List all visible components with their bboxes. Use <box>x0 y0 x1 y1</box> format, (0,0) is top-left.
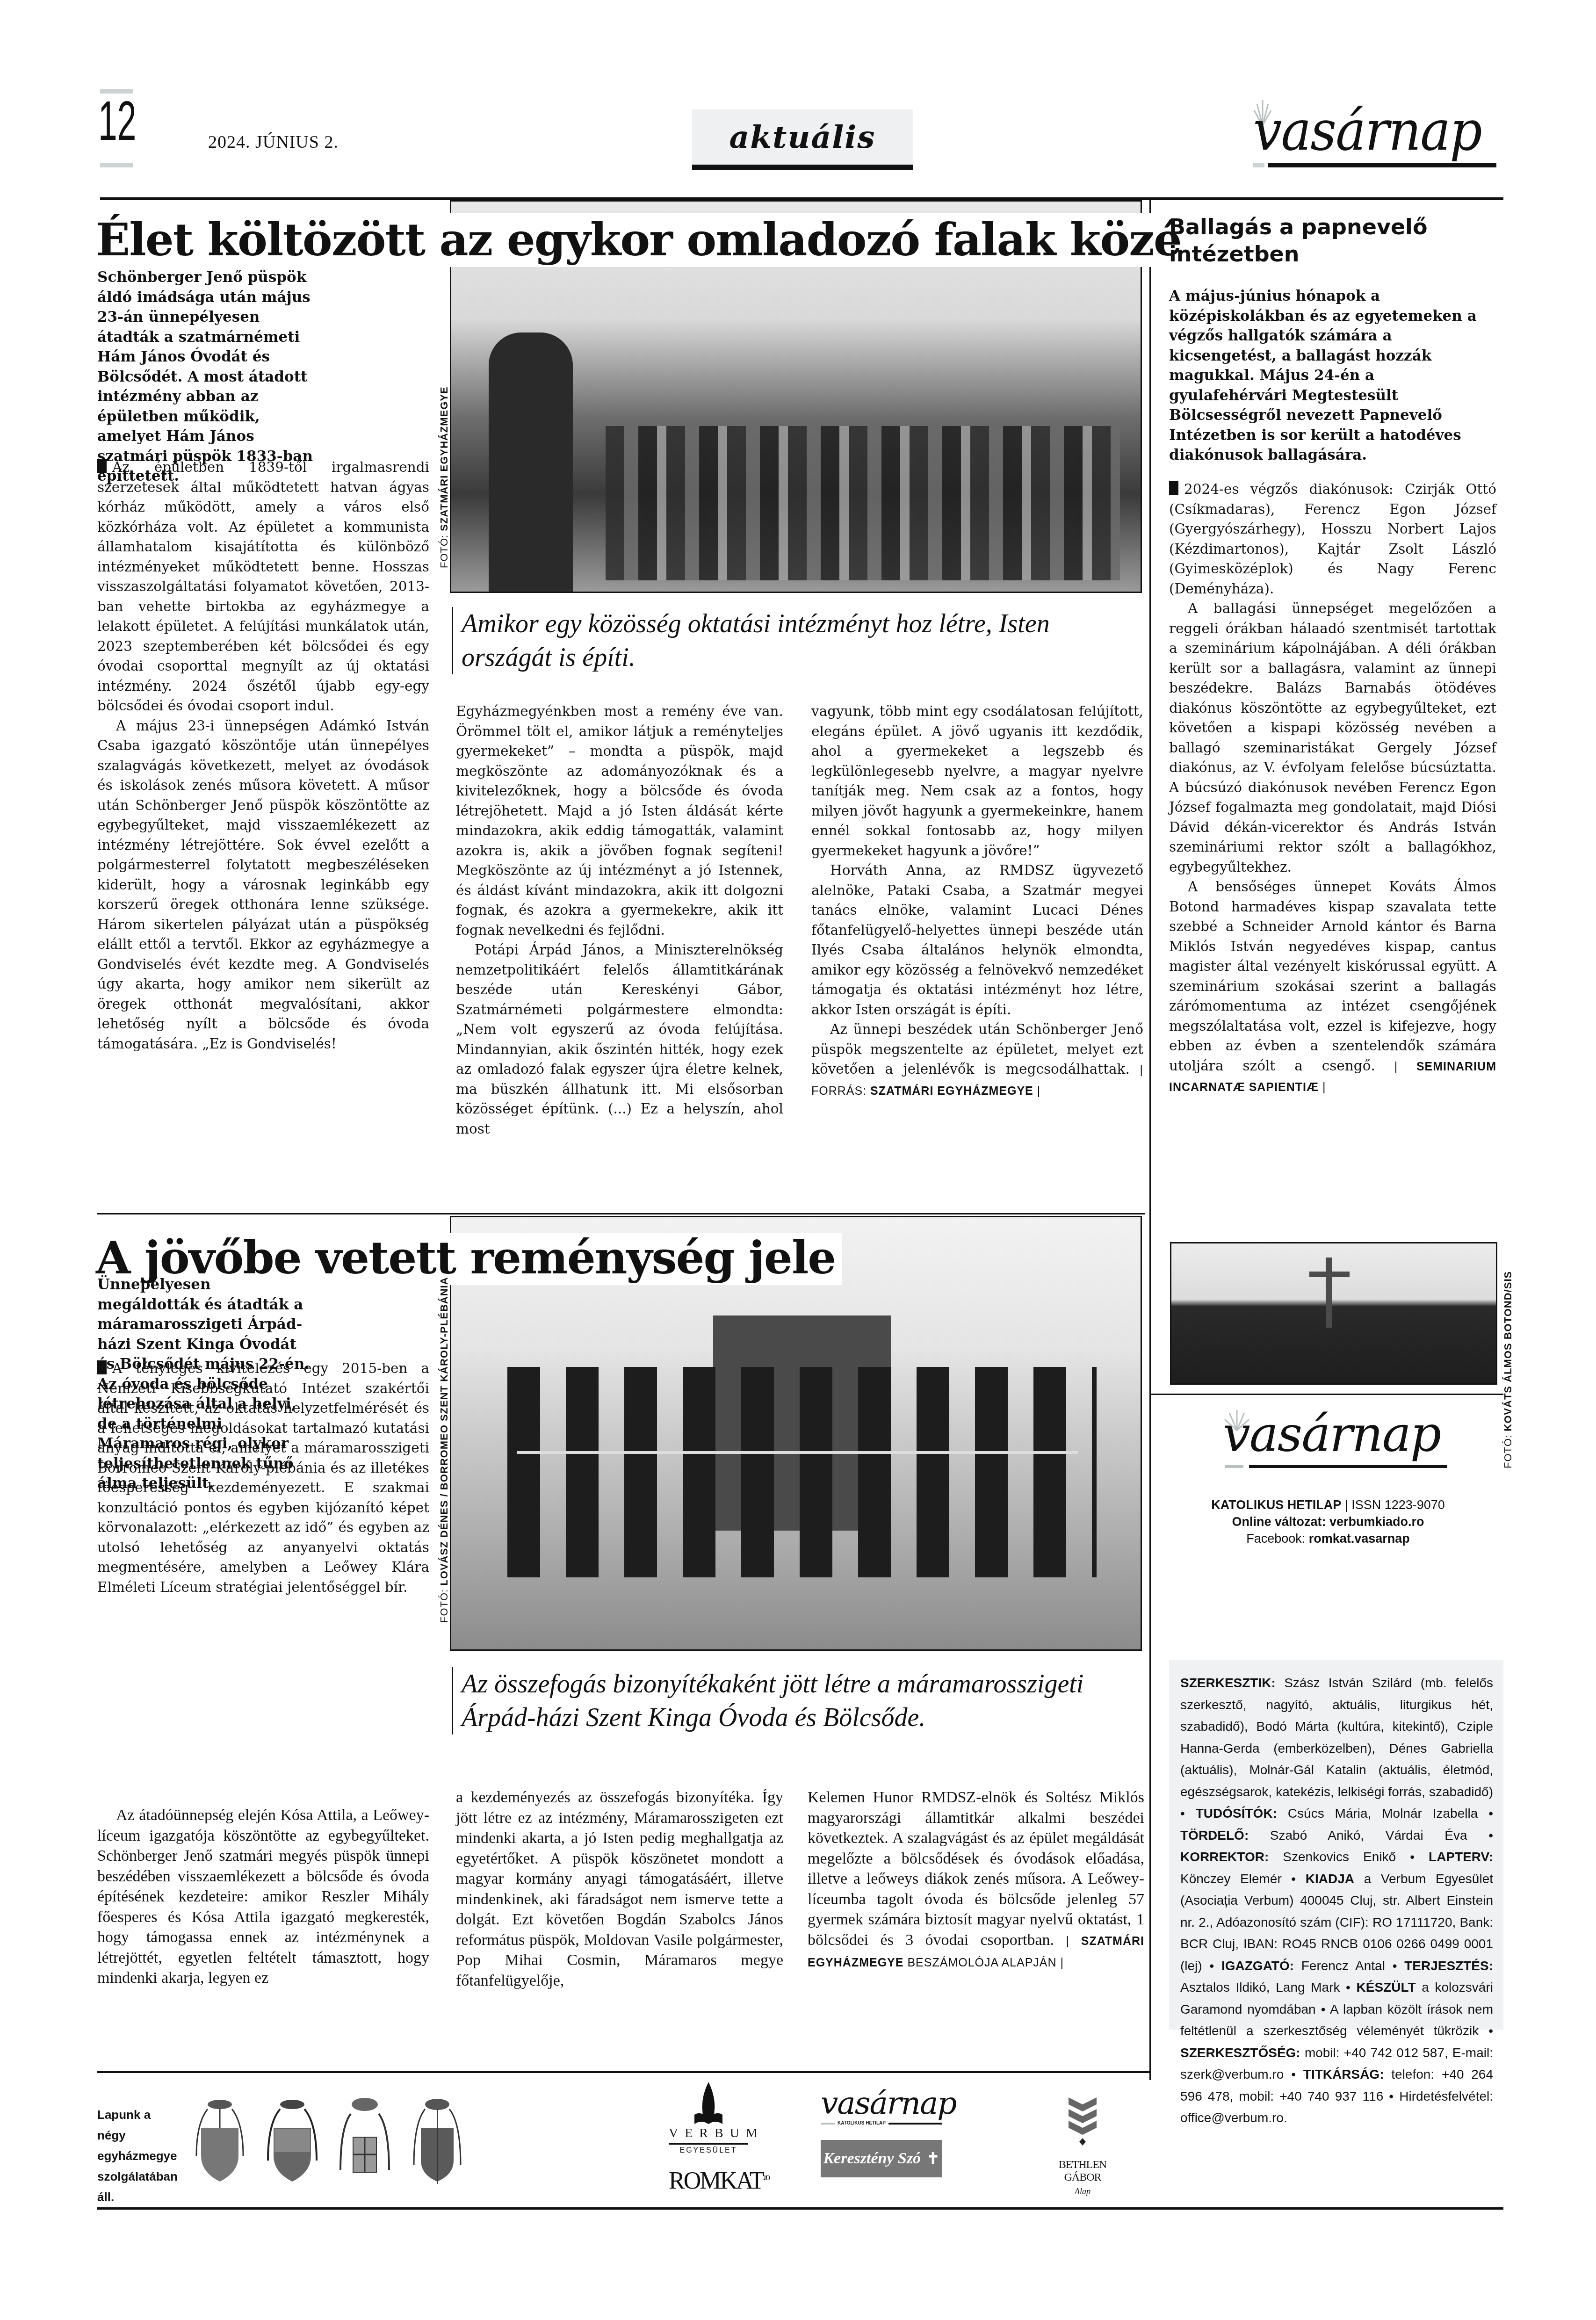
article2-col3: Kelemen Hunor RMDSZ-elnök és Soltész Mik… <box>808 1787 1144 1973</box>
crest-icon <box>409 2095 465 2184</box>
article2-photo-credit: FOTÓ: LOVÁSZ DÉNES / BORROMEO SZENT KÁRO… <box>438 1277 450 1623</box>
footer-caption: Lapunk a négy egyházmegye szolgálatában … <box>97 2104 167 2207</box>
sidebar-photo-credit: FOTÓ: KOVÁTS ÁLMOS BOTOND/SIS <box>1502 1271 1514 1468</box>
verbum-logo: VERBUM EGYESÜLET ROMKAT.ro <box>669 2082 748 2193</box>
sunburst-icon <box>1223 1408 1251 1431</box>
footer-rule-bottom <box>97 2207 1503 2210</box>
vasarnap-footer-logo: vasárnap KATOLIKUS HETILAP Keresztény Sz… <box>821 2088 942 2177</box>
imprint-box: SZERKESZTIK: Szász István Szilárd (mb. f… <box>1169 1660 1503 2030</box>
article1-photo-credit: FOTÓ: SZATMÁRI EGYHÁZMEGYE <box>438 386 450 568</box>
article-divider <box>97 1213 1145 1214</box>
article1-col2: Egyházmegyénkben most a remény éve van. … <box>456 701 783 1139</box>
footer-rule-top <box>97 2071 1150 2073</box>
ribbon <box>517 1451 1078 1454</box>
article1-lead: Schönberger Jenő püspök áldó imádsága ut… <box>97 267 317 486</box>
article1-headline: Élet költözött az egykor omladozó falak … <box>96 213 1188 267</box>
publication-info: KATOLIKUS HETILAP | ISSN 1223-9070 Onlin… <box>1160 1496 1496 1547</box>
issue-date: 2024. JÚNIUS 2. <box>208 132 339 152</box>
article1-pull-quote: Amikor egy közösség oktatási intézményt … <box>452 607 1125 674</box>
sidebar-photo <box>1170 1242 1497 1385</box>
audience <box>606 426 1120 580</box>
bethlen-gabor-logo: BETHLEN GÁBOR Alap <box>1047 2095 1118 2197</box>
speaker-figure <box>489 332 573 593</box>
book-flame-icon <box>692 2082 725 2124</box>
sidebar-lead: A május-június hónapok a középiskolákban… <box>1169 286 1492 465</box>
sidebar-headline: Ballagás a papnevelő intézetben <box>1169 213 1487 267</box>
chevron-emblem-icon <box>1066 2095 1099 2151</box>
sidebar-body: 2024-es végzős diakónusok: Czirják Ottó … <box>1169 479 1496 1098</box>
masthead-logo: vasárnap <box>1253 103 1496 164</box>
facebook-link[interactable]: romkat.vasarnap <box>1309 1532 1410 1546</box>
crest-icon <box>264 2095 320 2184</box>
kereszteny-szo-logo: Keresztény Szó✝ <box>821 2140 942 2177</box>
column-divider <box>1149 200 1151 2080</box>
section-label: aktuális <box>729 119 875 155</box>
article1-col3: vagyunk, több mint egy csodálatosan felú… <box>811 701 1143 1101</box>
article1-col1: Az épületben 1839-től irgalmasrendi szer… <box>97 457 429 1054</box>
diocese-crests <box>192 2095 465 2184</box>
article2-col2: a kezdeményezés az összefogás bizonyíték… <box>456 1787 783 1991</box>
sidebar-divider <box>1151 1394 1503 1395</box>
section-tab: aktuális <box>692 109 913 170</box>
paragraph-marker-icon <box>1169 481 1178 495</box>
article2-col1b: Az átadóünnepség elején Kósa Attila, a L… <box>97 1805 429 1988</box>
ribbon-cutting-group <box>507 1367 1097 1577</box>
page-number: 12 <box>98 94 118 149</box>
online-link[interactable]: Online változat: verbumkiado.ro <box>1232 1515 1424 1529</box>
article1-source: SZATMÁRI EGYHÁZMEGYE <box>870 1084 1033 1098</box>
page-number-bar-bottom <box>100 163 133 167</box>
cross <box>1326 1258 1332 1328</box>
article2-col1a: A tényleges kivitelezés egy 2015-ben a N… <box>97 1359 429 1597</box>
imprint-logo: vasárnap <box>1223 1410 1447 1471</box>
crest-icon <box>192 2095 248 2184</box>
paragraph-marker-icon <box>97 459 107 473</box>
paragraph-marker-icon <box>97 1360 107 1374</box>
article2-pull-quote: Az összefogás bizonyítékaként jött létre… <box>452 1667 1125 1735</box>
crest-icon <box>337 2095 393 2184</box>
